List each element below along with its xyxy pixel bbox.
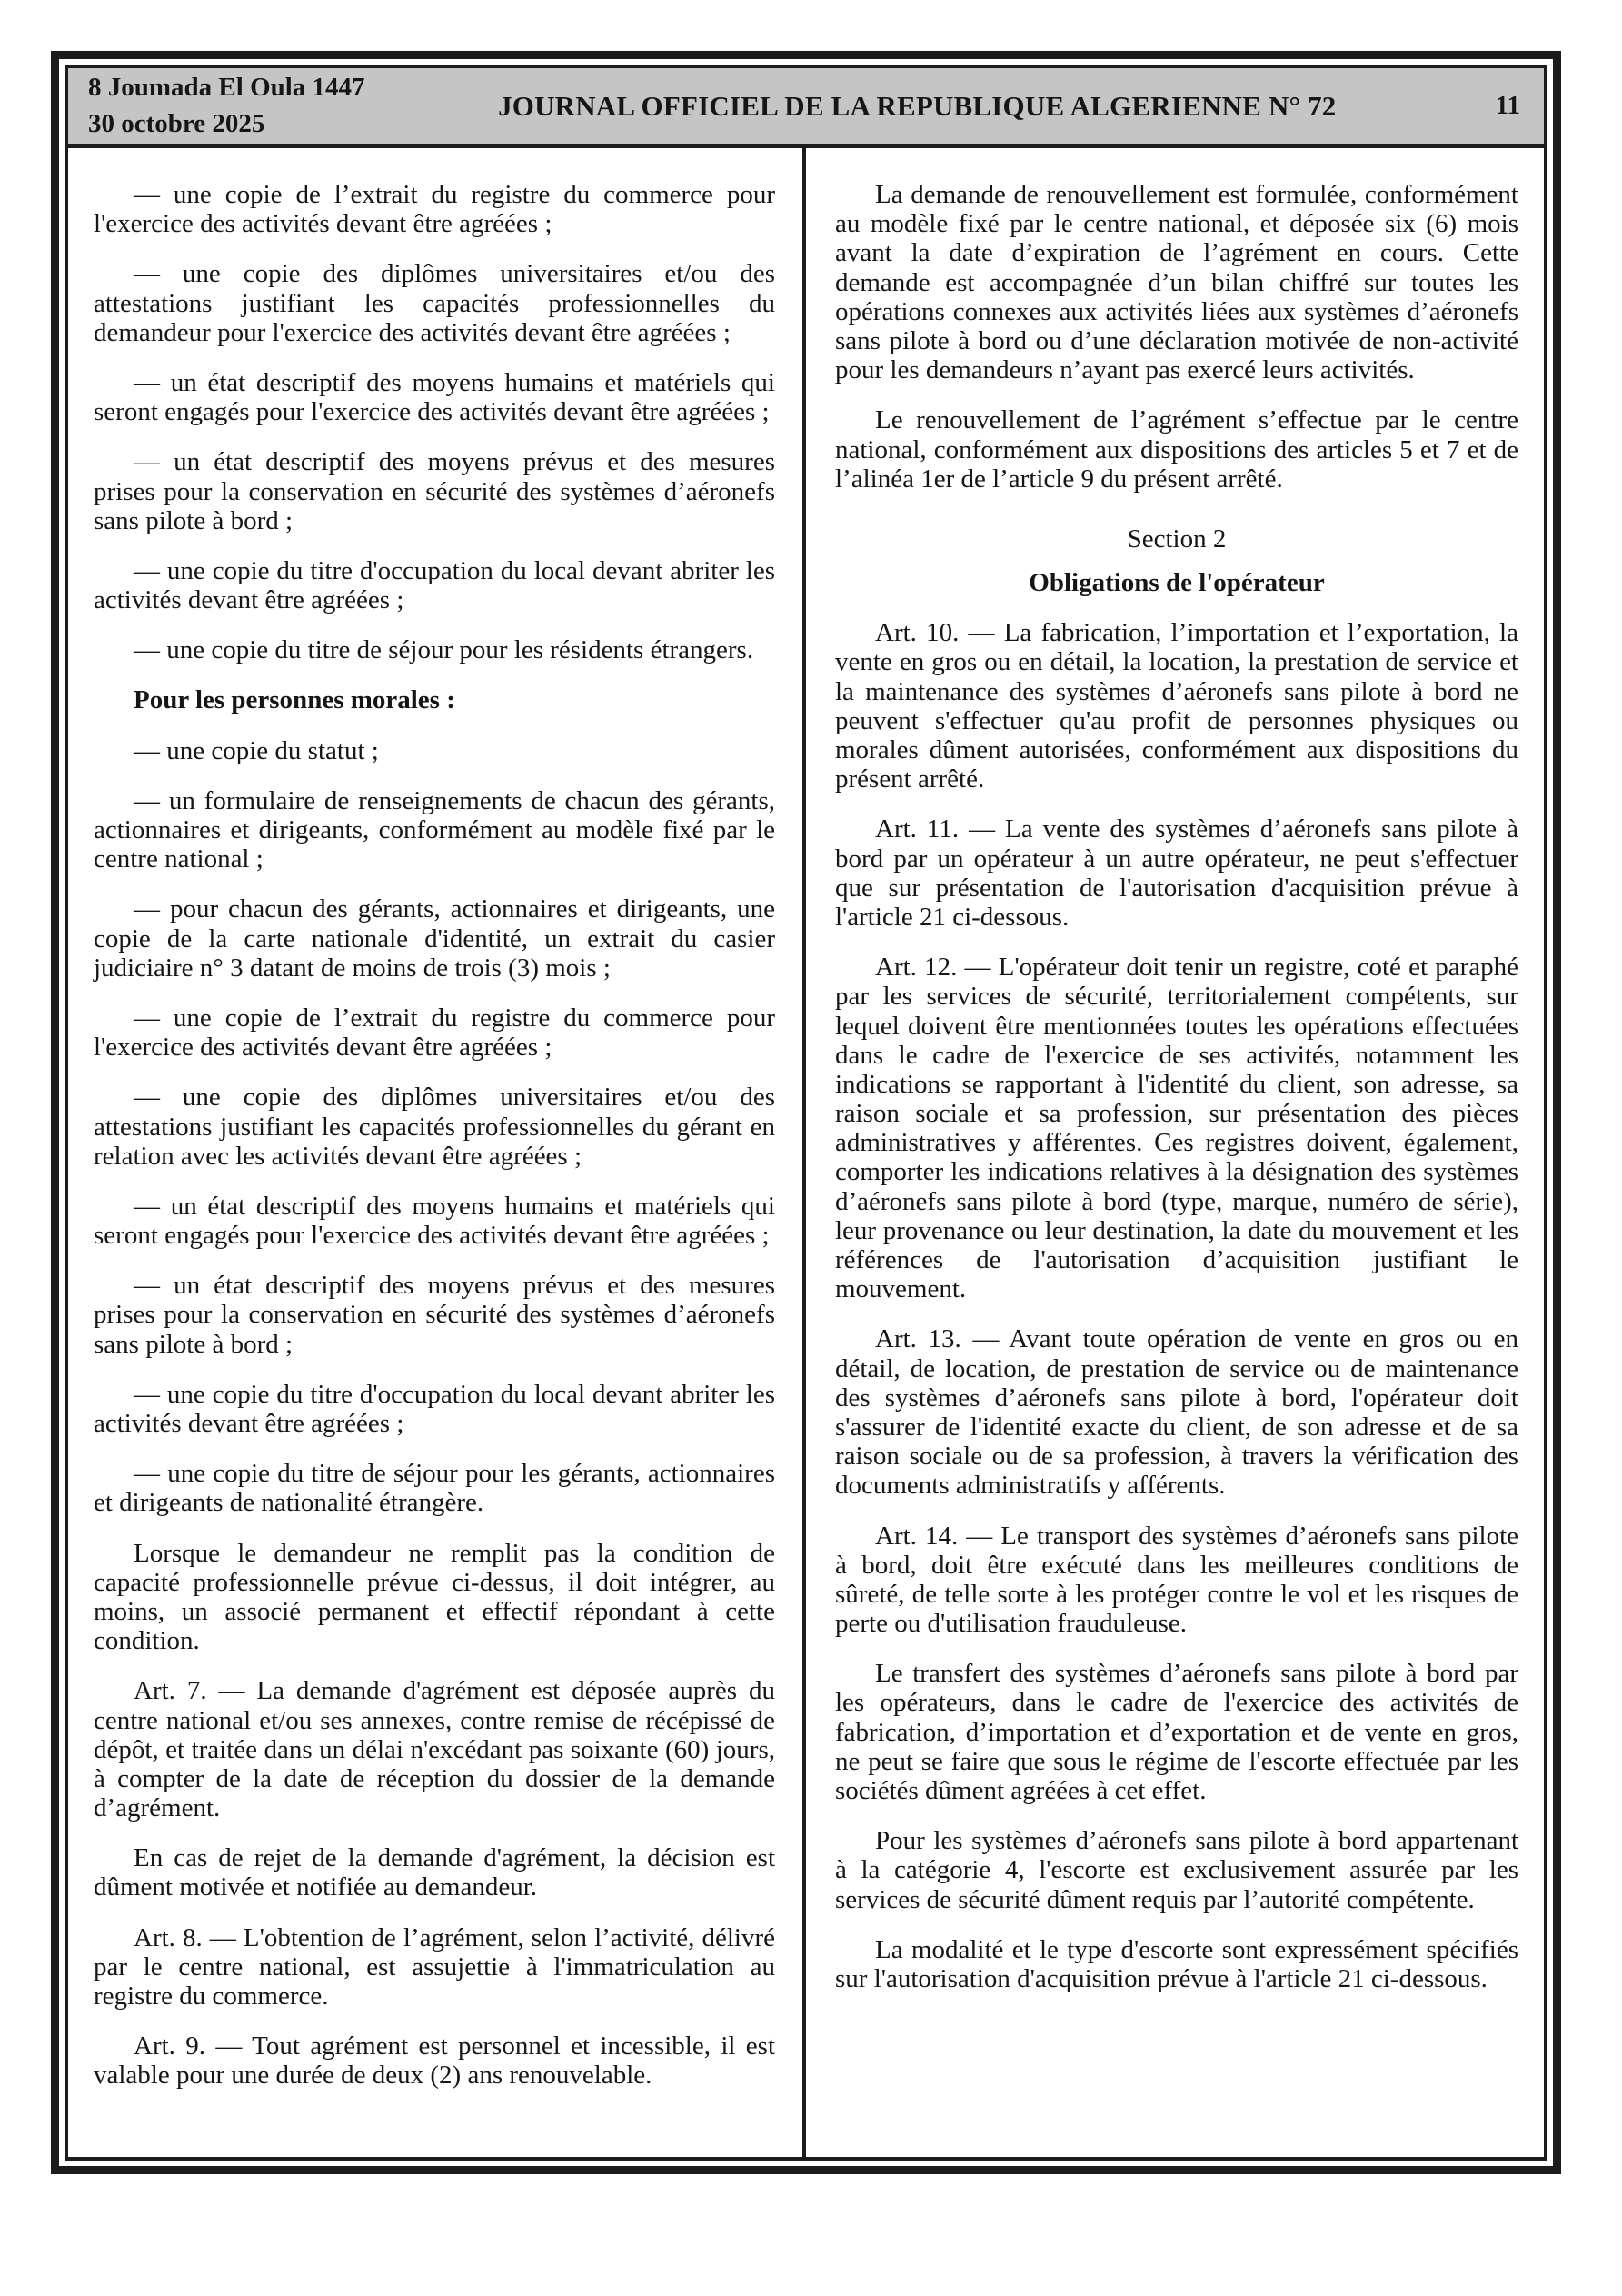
article-11-paragraph: Art. 11. — La vente des systèmes d’aéron… (835, 814, 1518, 932)
dash-item: — un état descriptif des moyens prévus e… (94, 1271, 775, 1359)
journal-title: JOURNAL OFFICIEL DE LA REPUBLIQUE ALGERI… (365, 90, 1469, 123)
article-7-paragraph: Art. 7. — La demande d'agrément est dépo… (94, 1676, 775, 1822)
modalite-paragraph: La modalité et le type d'escorte sont ex… (835, 1935, 1518, 1993)
article-8-paragraph: Art. 8. — L'obtention de l’agrément, sel… (94, 1923, 775, 2011)
renouvellement-paragraph-1: La demande de renouvellement est formulé… (835, 180, 1518, 384)
personnes-morales-heading: Pour les personnes morales : (94, 685, 775, 714)
publication-dates: 8 Joumada El Oula 1447 30 octobre 2025 (88, 70, 365, 141)
article-14-paragraph: Art. 14. — Le transport des systèmes d’a… (835, 1522, 1518, 1639)
section-2-title: Obligations de l'opérateur (835, 568, 1518, 597)
dash-item: — une copie des diplômes universitaires … (94, 259, 775, 347)
renouvellement-paragraph-2: Le renouvellement de l’agrément s’effect… (835, 405, 1518, 494)
article-9-paragraph: Art. 9. — Tout agrément est personnel et… (94, 2031, 775, 2090)
transfert-paragraph: Le transfert des systèmes d’aéronefs san… (835, 1659, 1518, 1805)
article-12-paragraph: Art. 12. — L'opérateur doit tenir un reg… (835, 953, 1518, 1303)
left-column: — une copie de l’extrait du registre du … (68, 148, 806, 2157)
header-band: 8 Joumada El Oula 1447 30 octobre 2025 J… (68, 68, 1544, 148)
dash-item: — une copie du titre d'occupation du loc… (94, 1380, 775, 1438)
page-frame-inner: 8 Joumada El Oula 1447 30 octobre 2025 J… (65, 65, 1547, 2161)
dash-item: — une copie de l’extrait du registre du … (94, 1003, 775, 1062)
dash-item: — une copie du titre d'occupation du loc… (94, 556, 775, 614)
section-2-label: Section 2 (835, 524, 1518, 554)
rejet-paragraph: En cas de rejet de la demande d'agrément… (94, 1843, 775, 1902)
page-number: 11 (1469, 91, 1520, 121)
article-13-paragraph: Art. 13. — Avant toute opération de vent… (835, 1324, 1518, 1500)
content-columns: — une copie de l’extrait du registre du … (68, 148, 1544, 2157)
dash-item: — une copie de l’extrait du registre du … (94, 180, 775, 238)
categorie-4-paragraph: Pour les systèmes d’aéronefs sans pilote… (835, 1826, 1518, 1914)
right-column: La demande de renouvellement est formulé… (806, 148, 1544, 2157)
dash-item: — pour chacun des gérants, actionnaires … (94, 894, 775, 983)
article-10-paragraph: Art. 10. — La fabrication, l’importation… (835, 618, 1518, 794)
hijri-date: 8 Joumada El Oula 1447 (88, 70, 365, 105)
dash-item: — une copie des diplômes universitaires … (94, 1083, 775, 1171)
dash-item: — un formulaire de renseignements de cha… (94, 786, 775, 874)
gregorian-date: 30 octobre 2025 (88, 106, 365, 142)
dash-item: — une copie du titre de séjour pour les … (94, 1459, 775, 1517)
dash-item: — un état descriptif des moyens humains … (94, 368, 775, 426)
dash-item: — un état descriptif des moyens prévus e… (94, 447, 775, 535)
page-frame: 8 Joumada El Oula 1447 30 octobre 2025 J… (51, 51, 1561, 2174)
condition-paragraph: Lorsque le demandeur ne remplit pas la c… (94, 1539, 775, 1656)
dash-item: — un état descriptif des moyens humains … (94, 1192, 775, 1250)
dash-item: — une copie du statut ; (94, 736, 775, 765)
dash-item: — une copie du titre de séjour pour les … (94, 635, 775, 664)
